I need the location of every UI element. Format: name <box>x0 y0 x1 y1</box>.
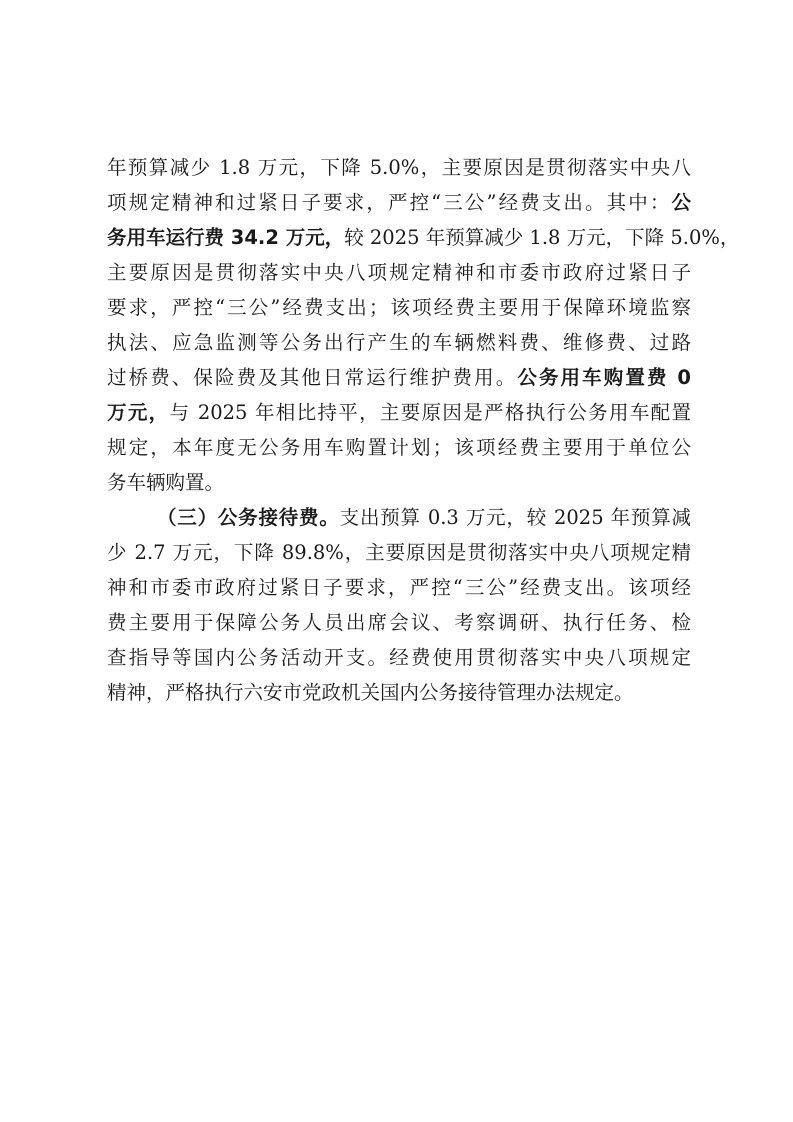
text-segment: 过桥费、保险费及其他日常运行维护费用。 <box>107 366 517 389</box>
text-line: （三）公务接待费。支出预算 0.3 万元，较 2025 年预算减 <box>107 500 691 535</box>
text-segment: 要求，严控“三公”经费支出；该项经费主要用于保障环境监察 <box>107 296 691 319</box>
heading-vehicle-operating-cost: 务用车运行费 34.2 万元， <box>107 226 344 249</box>
text-line: 务车辆购置。 <box>107 465 691 500</box>
text-line: 执法、应急监测等公务出行产生的车辆燃料费、维修费、过路 <box>107 325 691 360</box>
section-heading-reception: （三）公务接待费。 <box>157 506 340 529</box>
text-line: 主要原因是贯彻落实中央八项规定精神和市委市政府过紧日子 <box>107 255 691 290</box>
text-segment: 支出预算 0.3 万元，较 2025 年预算减 <box>340 506 691 529</box>
text-segment: 查指导等国内公务活动开支。经费使用贯彻落实中央八项规定 <box>107 646 691 669</box>
heading-vehicle-purchase-cost: 公务用车购置费 0 <box>517 366 691 389</box>
text-line: 精神，严格执行六安市党政机关国内公务接待管理办法规定。 <box>107 675 691 710</box>
text-segment: 少 2.7 万元，下降 89.8%，主要原因是贯彻落实中央八项规定精 <box>107 541 691 564</box>
paragraph-vehicle-expenses: 年预算减少 1.8 万元，下降 5.0%，主要原因是贯彻落实中央八 项规定精神和… <box>107 150 691 500</box>
bold-text-segment: 公 <box>671 191 691 214</box>
text-segment: 费主要用于保障公务人员出席会议、考察调研、执行任务、检 <box>107 611 691 634</box>
text-line: 要求，严控“三公”经费支出；该项经费主要用于保障环境监察 <box>107 290 691 325</box>
text-line: 查指导等国内公务活动开支。经费使用贯彻落实中央八项规定 <box>107 640 691 675</box>
text-segment: 精神，严格执行六安市党政机关国内公务接待管理办法规定。 <box>107 675 634 710</box>
document-body: 年预算减少 1.8 万元，下降 5.0%，主要原因是贯彻落实中央八 项规定精神和… <box>107 150 691 710</box>
text-line: 万元，与 2025 年相比持平，主要原因是严格执行公务用车配置 <box>107 395 691 430</box>
text-segment: 年预算减少 1.8 万元，下降 5.0%，主要原因是贯彻落实中央八 <box>107 156 691 179</box>
text-segment: 与 2025 年相比持平，主要原因是严格执行公务用车配置 <box>169 401 691 424</box>
text-line: 过桥费、保险费及其他日常运行维护费用。公务用车购置费 0 <box>107 360 691 395</box>
text-segment: 执法、应急监测等公务出行产生的车辆燃料费、维修费、过路 <box>107 331 691 354</box>
text-segment: 规定，本年度无公务用车购置计划；该项经费主要用于单位公 <box>107 436 691 459</box>
text-line: 神和市委市政府过紧日子要求，严控“三公”经费支出。该项经 <box>107 570 691 605</box>
text-line: 费主要用于保障公务人员出席会议、考察调研、执行任务、检 <box>107 605 691 640</box>
text-segment: 项规定精神和过紧日子要求，严控“三公”经费支出。其中： <box>107 191 671 214</box>
text-segment: 主要原因是贯彻落实中央八项规定精神和市委市政府过紧日子 <box>107 261 691 284</box>
text-segment: 务车辆购置。 <box>107 465 224 500</box>
text-segment: 神和市委市政府过紧日子要求，严控“三公”经费支出。该项经 <box>107 576 691 599</box>
text-line: 年预算减少 1.8 万元，下降 5.0%，主要原因是贯彻落实中央八 <box>107 150 691 185</box>
text-line: 项规定精神和过紧日子要求，严控“三公”经费支出。其中：公 <box>107 185 691 220</box>
text-line: 规定，本年度无公务用车购置计划；该项经费主要用于单位公 <box>107 430 691 465</box>
text-line: 务用车运行费 34.2 万元，较 2025 年预算减少 1.8 万元，下降 5.… <box>107 220 691 255</box>
text-line: 少 2.7 万元，下降 89.8%，主要原因是贯彻落实中央八项规定精 <box>107 535 691 570</box>
paragraph-reception-expenses: （三）公务接待费。支出预算 0.3 万元，较 2025 年预算减 少 2.7 万… <box>107 500 691 710</box>
text-segment: 较 2025 年预算减少 1.8 万元，下降 5.0%， <box>344 226 739 249</box>
bold-text-segment: 万元， <box>107 401 169 424</box>
document-page: 年预算减少 1.8 万元，下降 5.0%，主要原因是贯彻落实中央八 项规定精神和… <box>0 0 793 1122</box>
